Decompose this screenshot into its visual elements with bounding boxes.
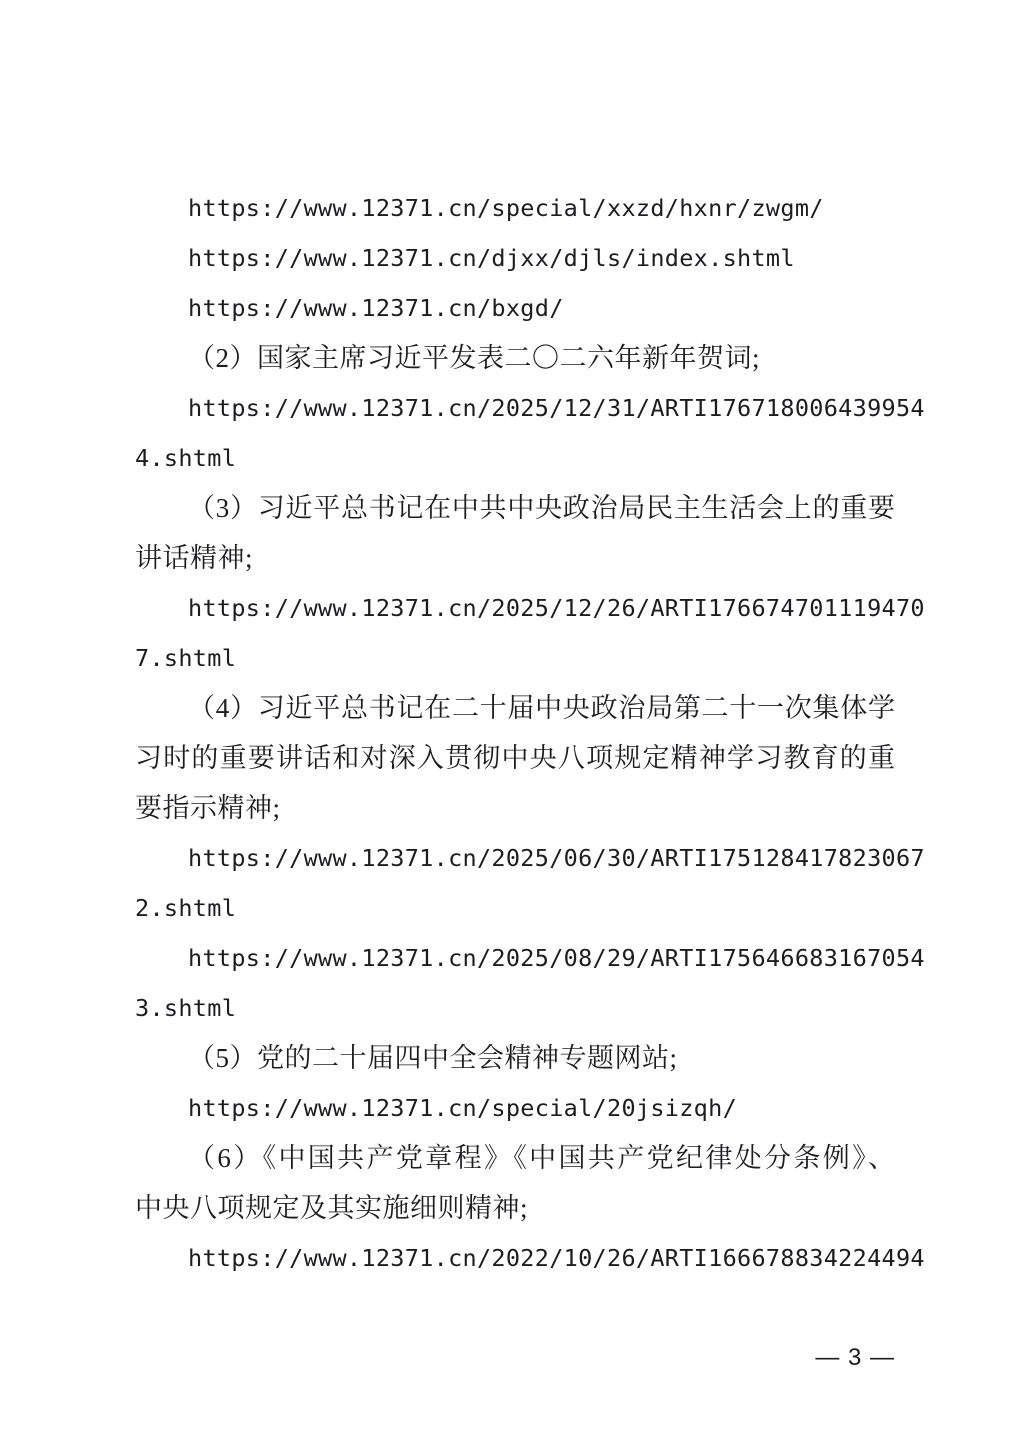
- url-line: https://www.12371.cn/2025/06/30/ARTI1751…: [135, 833, 895, 883]
- text-line: （5）党的二十届四中全会精神专题网站;: [135, 1033, 895, 1083]
- url-line: https://www.12371.cn/2025/12/26/ARTI1766…: [135, 583, 895, 633]
- text-line: 习时的重要讲话和对深入贯彻中央八项规定精神学习教育的重: [135, 733, 895, 783]
- url-line: 4.shtml: [135, 433, 895, 483]
- url-line: https://www.12371.cn/bxgd/: [135, 283, 895, 333]
- text-line: 中央八项规定及其实施细则精神;: [135, 1183, 895, 1233]
- text-line: （2）国家主席习近平发表二〇二六年新年贺词;: [135, 333, 895, 383]
- page-number: — 3 —: [815, 1338, 895, 1378]
- url-line: https://www.12371.cn/special/20jsizqh/: [135, 1083, 895, 1133]
- url-line: https://www.12371.cn/djxx/djls/index.sht…: [135, 233, 895, 283]
- url-line: https://www.12371.cn/2025/12/31/ARTI1767…: [135, 383, 895, 433]
- text-line: （3）习近平总书记在中共中央政治局民主生活会上的重要: [135, 483, 895, 533]
- text-line: （4）习近平总书记在二十届中央政治局第二十一次集体学: [135, 683, 895, 733]
- url-line: https://www.12371.cn/2022/10/26/ARTI1666…: [135, 1233, 895, 1283]
- text-line: 讲话精神;: [135, 533, 895, 583]
- url-line: 3.shtml: [135, 983, 895, 1033]
- text-line: （6）《中国共产党章程》《中国共产党纪律处分条例》、: [135, 1133, 895, 1183]
- url-line: https://www.12371.cn/special/xxzd/hxnr/z…: [135, 183, 895, 233]
- url-line: 2.shtml: [135, 883, 895, 933]
- document-body: https://www.12371.cn/special/xxzd/hxnr/z…: [135, 183, 895, 1283]
- url-line: https://www.12371.cn/2025/08/29/ARTI1756…: [135, 933, 895, 983]
- text-line: 要指示精神;: [135, 783, 895, 833]
- url-line: 7.shtml: [135, 633, 895, 683]
- document-page: https://www.12371.cn/special/xxzd/hxnr/z…: [0, 0, 1024, 1448]
